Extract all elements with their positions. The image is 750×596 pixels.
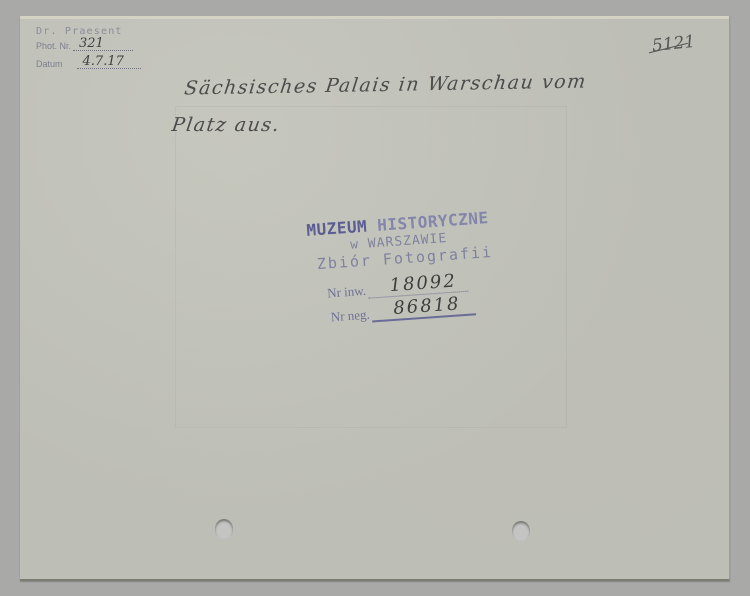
date-label: Datum [36,59,63,69]
caption-line-1: Sächsisches Palais in Warschau vom [183,70,588,99]
photo-number-field: Phot. Nr. 321 [36,40,133,51]
date-field: Datum 4.7.17 [36,58,141,69]
punch-hole-right [512,521,530,541]
punch-hole-left [215,519,233,539]
reference-mark: 5121 [651,32,696,56]
inventory-number-value: 18092 [389,271,458,297]
photo-card-verso: Dr. Praesent Phot. Nr. 321 Datum 4.7.17 … [20,16,730,581]
photo-number-label: Phot. Nr. [36,41,71,51]
photo-number-line: 321 [73,40,133,51]
date-value: 4.7.17 [83,54,124,69]
museum-stamp: MUZEUM HISTORYCZNE w WARSZAWIE Zbiór Fot… [251,194,560,355]
date-line: 4.7.17 [77,58,141,69]
caption-line-2: Platz aus. [170,114,281,136]
negative-number-line: 86818 [371,299,476,322]
inventory-number-label: Nr inw. [327,283,367,302]
photo-number-value: 321 [79,36,104,51]
negative-number-label: Nr neg. [330,307,370,326]
negative-number-field: Nr neg. 86818 [330,299,476,325]
negative-number-value: 86818 [393,293,462,319]
